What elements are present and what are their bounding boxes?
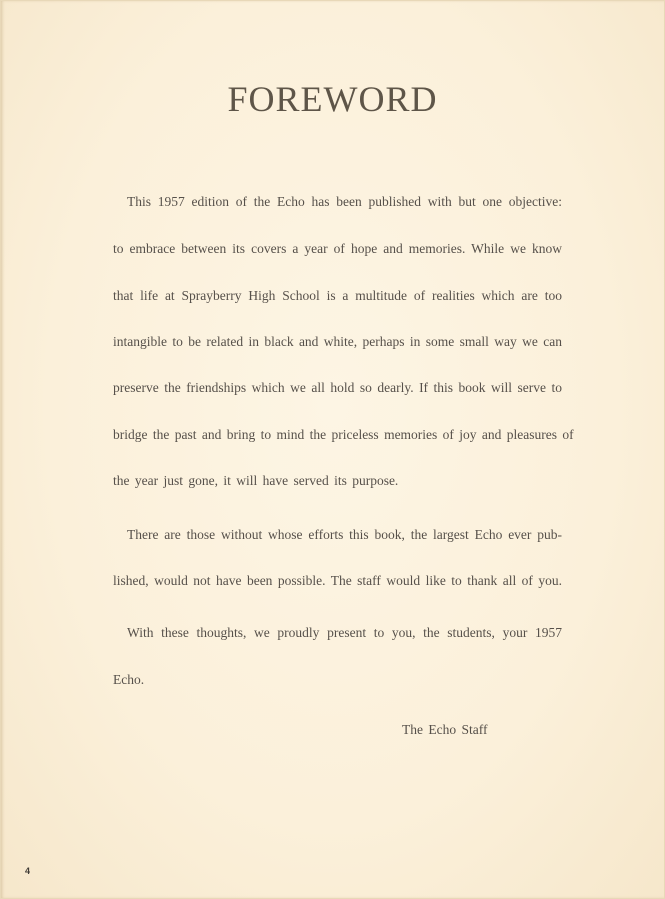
paragraph-1-line-4: intangible to be related in black and wh… (113, 334, 562, 350)
page-title: FOREWORD (0, 78, 665, 120)
paragraph-3-line-2: Echo. (113, 672, 562, 688)
paragraph-1-line-7: the year just gone, it will have served … (113, 473, 562, 489)
yearbook-page: FOREWORD This 1957 edition of the Echo h… (0, 0, 665, 899)
paragraph-1-line-6: bridge the past and bring to mind the pr… (113, 427, 562, 443)
paragraph-1-line-3: that life at Sprayberry High School is a… (113, 288, 562, 304)
page-number: 4 (25, 866, 30, 876)
paragraph-1-line-2: to embrace between its covers a year of … (113, 241, 562, 257)
paragraph-1-line-5: preserve the friendships which we all ho… (113, 380, 562, 396)
paragraph-3-line-1: With these thoughts, we proudly present … (127, 625, 562, 641)
paragraph-1-line-1: This 1957 edition of the Echo has been p… (127, 194, 562, 210)
paragraph-2-line-1: There are those without whose efforts th… (127, 527, 562, 543)
signature: The Echo Staff (402, 722, 487, 738)
paragraph-2-line-2: lished, would not have been possible. Th… (113, 573, 562, 589)
